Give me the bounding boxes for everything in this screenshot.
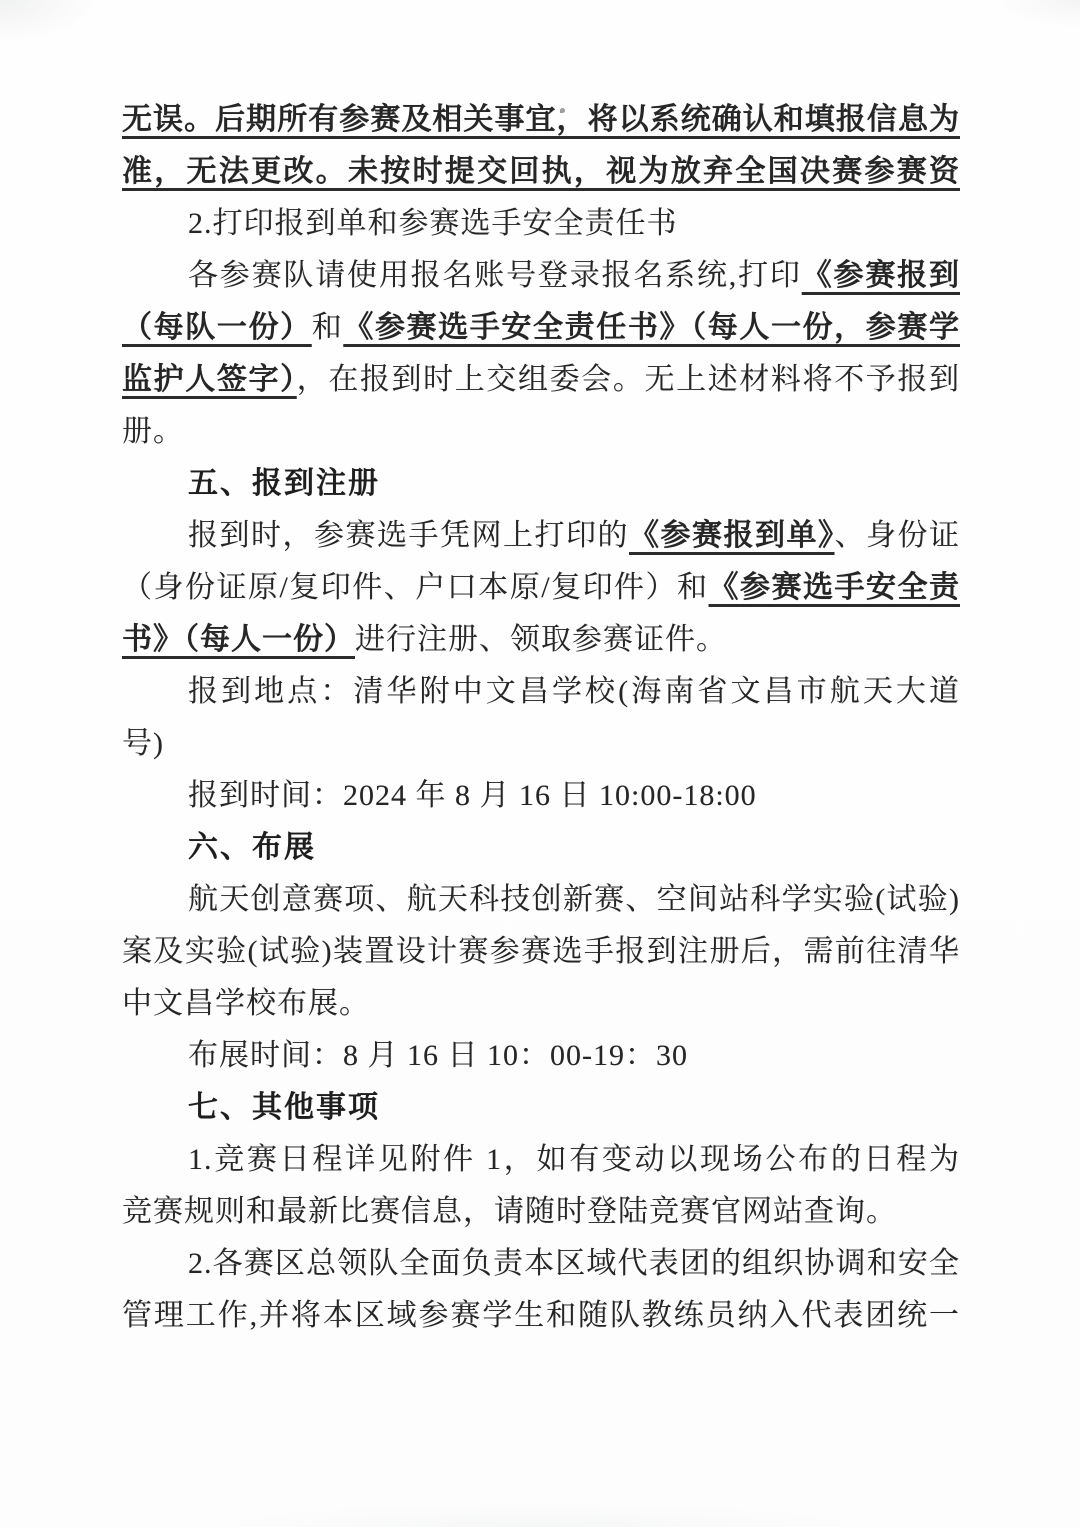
text-run: 案及实验(试验)装置设计赛参赛选手报到注册后，需前往清华附 — [122, 935, 960, 978]
text-run: 六、布展 — [188, 831, 316, 864]
text-line: 管理工作,并将本区域参赛学生和随队教练员纳入代表团统一管 — [122, 1290, 960, 1342]
text-line: 布展时间：8 月 16 日 10：00-19：30 — [122, 1030, 960, 1082]
text-run: 中文昌学校布展。 — [122, 987, 370, 1020]
section-heading: 六、布展 — [122, 822, 960, 874]
emphasized-underlined-text-run: 书》（每人一份） — [122, 623, 355, 656]
text-run: 各参赛队请使用报名账号登录报名系统,打印 — [188, 259, 802, 292]
text-line: 报到地点：清华附中文昌学校(海南省文昌市航天大道 189 — [122, 666, 960, 718]
emphasized-underlined-text-run: 《参赛报到单》 — [629, 519, 835, 552]
text-line: 书》（每人一份）进行注册、领取参赛证件。 — [122, 614, 960, 666]
text-line: 号) — [122, 718, 960, 770]
text-line: 中文昌学校布展。 — [122, 978, 960, 1030]
emphasized-underlined-text-run: 准，无法更改。未按时提交回执，视为放弃全国决赛参赛资格。 — [122, 155, 960, 198]
text-run: 2.各赛区总领队全面负责本区域代表团的组织协调和安全 — [188, 1247, 960, 1280]
text-line: 竞赛规则和最新比赛信息，请随时登陆竞赛官网站查询。 — [122, 1186, 960, 1238]
text-line: 监护人签字），在报到时上交组委会。无上述材料将不予报到注 — [122, 354, 960, 406]
text-line: 各参赛队请使用报名账号登录报名系统,打印《参赛报到单》 — [122, 250, 960, 302]
text-line: 册。 — [122, 406, 960, 458]
text-run: （身份证原/复印件、户口本原/复印件）和 — [122, 571, 709, 604]
text-line: （每队一份）和《参赛选手安全责任书》（每人一份，参赛学生、 — [122, 302, 960, 354]
text-line: 案及实验(试验)装置设计赛参赛选手报到注册后，需前往清华附 — [122, 926, 960, 978]
text-run: 册。 — [122, 415, 184, 448]
text-run: 和 — [312, 311, 344, 344]
text-line: 报到时，参赛选手凭网上打印的《参赛报到单》、身份证明 — [122, 510, 960, 562]
text-line: 1.竞赛日程详见附件 1，如有变动以现场公布的日程为准。 — [122, 1134, 960, 1186]
text-line: 2.各赛区总领队全面负责本区域代表团的组织协调和安全 — [122, 1238, 960, 1290]
text-line: 2.打印报到单和参赛选手安全责任书 — [122, 198, 960, 250]
text-run: 1.竞赛日程详见附件 1，如有变动以现场公布的日程为准。 — [188, 1143, 960, 1186]
text-run: 布展时间：8 月 16 日 10：00-19：30 — [188, 1039, 688, 1072]
text-line: 报到时间：2024 年 8 月 16 日 10:00-18:00 — [122, 770, 960, 822]
text-line: 准，无法更改。未按时提交回执，视为放弃全国决赛参赛资格。 — [122, 146, 960, 198]
text-run: 管理工作,并将本区域参赛学生和随队教练员纳入代表团统一管 — [122, 1299, 960, 1342]
document-page: 无误。后期所有参赛及相关事宜，将以系统确认和填报信息为准，无法更改。未按时提交回… — [0, 0, 1080, 1527]
document-text-block: 无误。后期所有参赛及相关事宜，将以系统确认和填报信息为准，无法更改。未按时提交回… — [122, 94, 960, 1342]
text-run: 号) — [122, 727, 164, 760]
text-run: 五、报到注册 — [188, 467, 380, 500]
text-run: 报到时间：2024 年 8 月 16 日 10:00-18:00 — [188, 779, 757, 812]
text-run: 七、其他事项 — [188, 1091, 380, 1124]
text-line: （身份证原/复印件、户口本原/复印件）和《参赛选手安全责任 — [122, 562, 960, 614]
text-run: 航天创意赛项、航天科技创新赛、空间站科学实验(试验)方 — [188, 883, 960, 926]
text-run: 竞赛规则和最新比赛信息，请随时登陆竞赛官网站查询。 — [122, 1195, 897, 1228]
text-run: 报到地点：清华附中文昌学校(海南省文昌市航天大道 189 — [188, 675, 960, 718]
text-line: 无误。后期所有参赛及相关事宜，将以系统确认和填报信息为 — [122, 94, 960, 146]
emphasized-underlined-text-run: 无误。后期所有参赛及相关事宜，将以系统确认和填报信息为 — [122, 103, 960, 136]
emphasized-underlined-text-run: 监护人签字） — [122, 363, 297, 396]
emphasized-underlined-text-run: （每队一份） — [122, 311, 312, 344]
section-heading: 五、报到注册 — [122, 458, 960, 510]
section-heading: 七、其他事项 — [122, 1082, 960, 1134]
text-run: 进行注册、领取参赛证件。 — [355, 623, 727, 656]
text-line: 航天创意赛项、航天科技创新赛、空间站科学实验(试验)方 — [122, 874, 960, 926]
text-run: 2.打印报到单和参赛选手安全责任书 — [188, 207, 678, 240]
text-run: 报到时，参赛选手凭网上打印的 — [188, 519, 629, 552]
